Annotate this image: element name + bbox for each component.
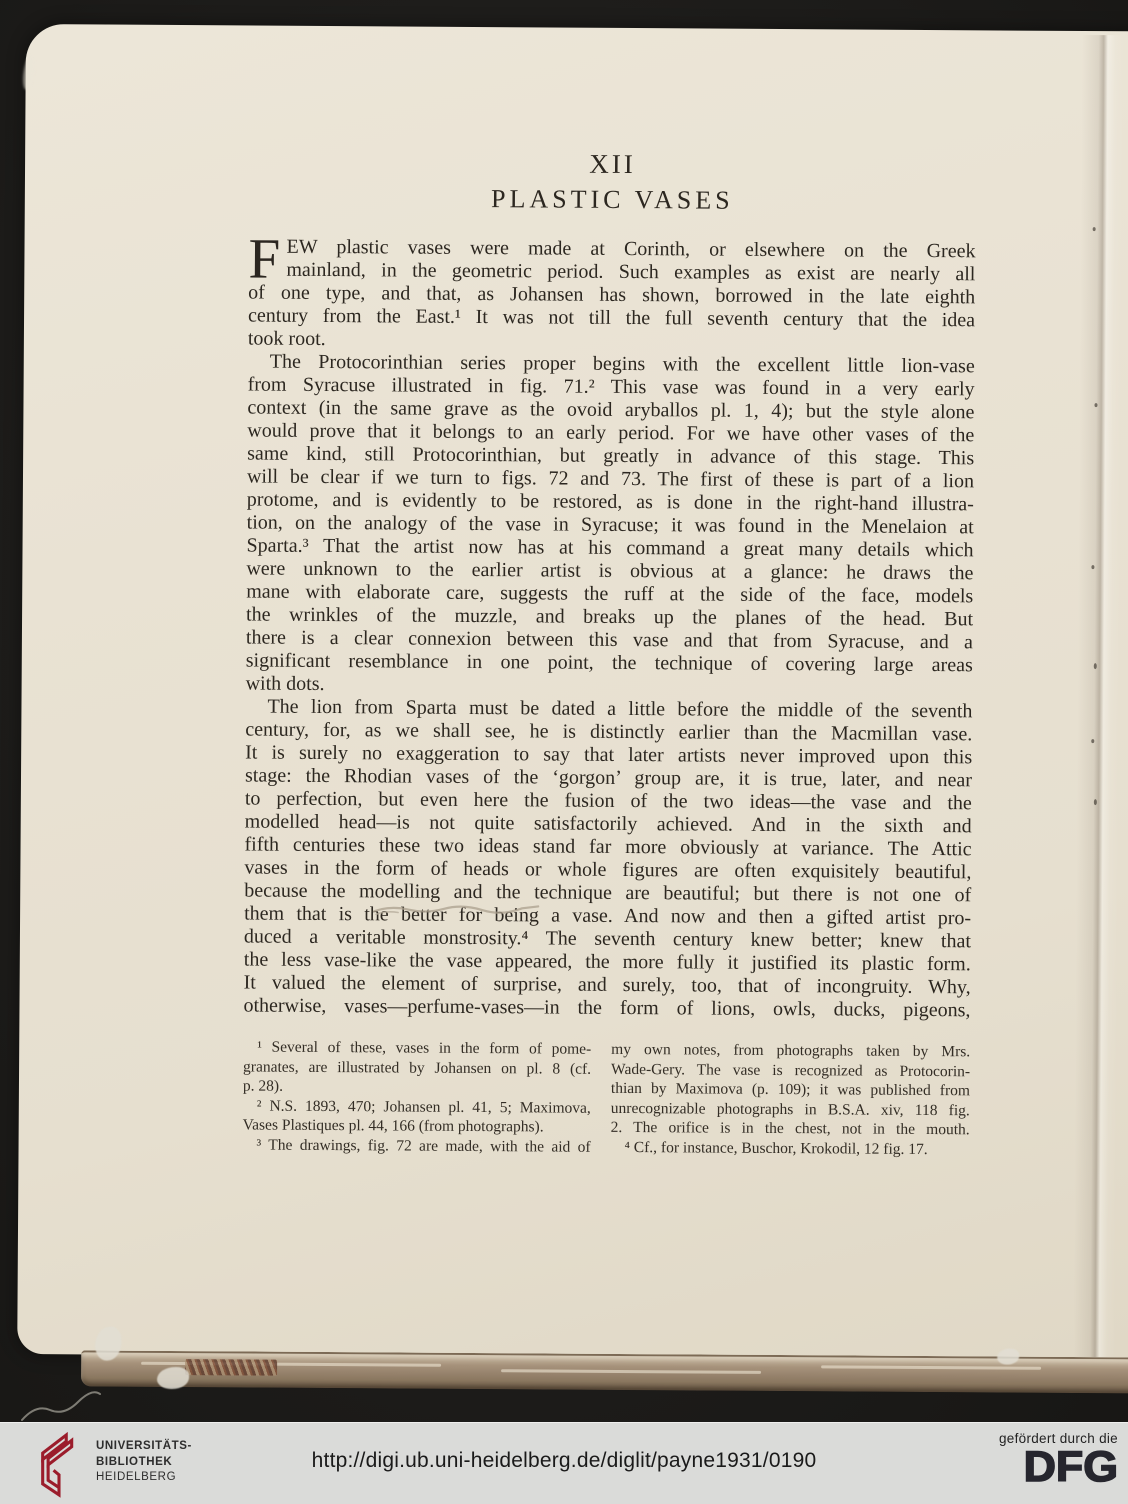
chapter-title: PLASTIC VASES: [249, 181, 976, 218]
page-crease: [1073, 35, 1124, 1357]
body-line: otherwise, vases—perfume-vases—in the fo…: [243, 994, 970, 1022]
paragraph-1: F EW plastic vases were made at Corinth,…: [248, 235, 976, 355]
dust-speck: [1094, 799, 1097, 805]
paragraph-3: The lion from Sparta must be dated a lit…: [243, 695, 972, 1022]
footnote-line: Wade-Gery. The vase is recognized as Pro…: [611, 1059, 970, 1081]
footnotes-section: ¹ Several of these, vases in the form of…: [243, 1037, 971, 1159]
footnote-line: Vases Plastiques pl. 44, 166 (from photo…: [243, 1115, 591, 1137]
document-url: http://digi.ub.uni-heidelberg.de/diglit/…: [0, 1449, 1128, 1473]
binding-marbled-paper: [185, 1359, 277, 1376]
footnote-line: my own notes, from photographs taken by …: [611, 1040, 970, 1062]
chapter-number: XII: [249, 145, 976, 182]
dust-speck: [1091, 739, 1094, 743]
footnote-line: ⁴ Cf., for instance, Buschor, Krokodil, …: [610, 1137, 969, 1159]
footnote-line: ¹ Several of these, vases in the form of…: [243, 1037, 591, 1059]
footnote-line: p. 28).: [243, 1076, 591, 1098]
drop-cap: F: [248, 235, 280, 282]
page-edge-streak: [821, 1365, 1041, 1369]
page-edge-streak: [501, 1369, 761, 1374]
paragraph-2: The Protocorinthian series proper begins…: [246, 350, 975, 700]
body-line: century from the East.¹ It was not till …: [248, 304, 975, 332]
funding-credit: gefördert durch die DFG: [999, 1431, 1118, 1488]
dust-speck: [1091, 565, 1094, 569]
footnote-line: ² N.S. 1893, 470; Johansen pl. 41, 5; Ma…: [243, 1096, 591, 1118]
dust-speck: [1094, 403, 1097, 407]
digitization-footer-bar: UNIVERSITÄTS- BIBLIOTHEK HEIDELBERG http…: [0, 1422, 1128, 1504]
dfg-logo: DFG: [994, 1446, 1118, 1488]
footnote-line: thian by Maximova (p. 109); it was publi…: [611, 1079, 970, 1101]
scanner-fiber-artifact: [16, 1386, 106, 1426]
footnote-line: granates, are illustrated by Johansen on…: [243, 1057, 591, 1079]
page-text-column: XII PLASTIC VASES F EW plastic vases wer…: [243, 145, 977, 1159]
footnote-column-right: my own notes, from photographs taken by …: [610, 1040, 970, 1159]
dust-speck: [1094, 663, 1097, 669]
footnote-line: 2. The orifice is in the chest, not in t…: [611, 1118, 970, 1140]
body-line: significant resemblance in one point, th…: [246, 649, 973, 677]
footnote-line: unrecognizable photographs in B.S.A. xiv…: [611, 1098, 970, 1120]
pencil-underline-mark: [372, 900, 542, 917]
scanned-book-page: XII PLASTIC VASES F EW plastic vases wer…: [17, 24, 1128, 1375]
footnote-line: ³ The drawings, fig. 72 are made, with t…: [243, 1135, 591, 1157]
footnote-column-left: ¹ Several of these, vases in the form of…: [243, 1037, 592, 1156]
dust-speck: [1093, 227, 1096, 231]
